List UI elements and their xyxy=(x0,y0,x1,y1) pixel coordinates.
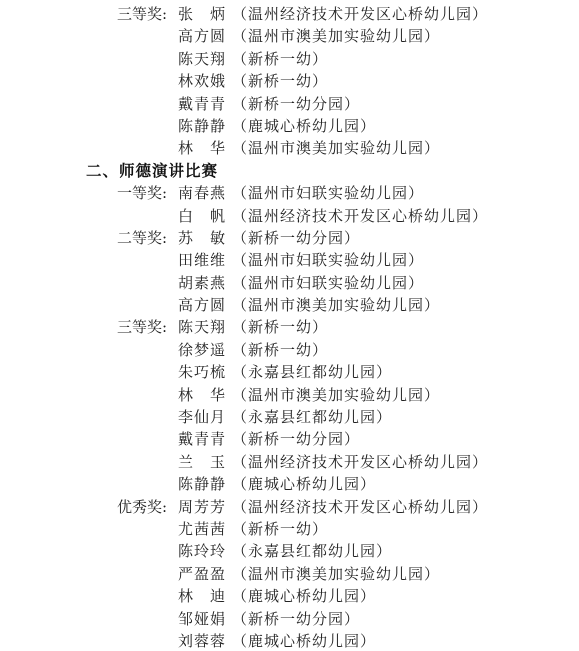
winner-name: 朱巧梳 xyxy=(178,361,226,383)
winner-name: 陈天翔 xyxy=(178,316,226,338)
award-level-label: 优秀奖: xyxy=(117,496,167,518)
award-entry: 胡素燕 （温州市妇联实验幼儿园） xyxy=(0,272,579,294)
winner-organization: （鹿城心桥幼儿园） xyxy=(232,115,376,137)
award-entry: 朱巧梳 （永嘉县红都幼儿园） xyxy=(0,361,579,383)
winner-organization: （新桥一幼分园） xyxy=(232,93,360,115)
winner-organization: （温州经济技术开发区心桥幼儿园） xyxy=(232,3,488,25)
award-entry: 田维维 （温州市妇联实验幼儿园） xyxy=(0,249,579,271)
award-entry: 陈玲玲 （永嘉县红都幼儿园） xyxy=(0,540,579,562)
winner-organization: （温州经济技术开发区心桥幼儿园） xyxy=(232,496,488,518)
award-entry: 李仙月 （永嘉县红都幼儿园） xyxy=(0,406,579,428)
winner-organization: （新桥一幼） xyxy=(232,70,328,92)
winner-organization: （新桥一幼） xyxy=(232,518,328,540)
award-level-label: 二等奖: xyxy=(117,227,167,249)
winner-name: 严盈盈 xyxy=(178,563,226,585)
winner-organization: （温州市澳美加实验幼儿园） xyxy=(232,384,440,406)
winner-name: 戴青青 xyxy=(178,428,226,450)
winner-organization: （永嘉县红都幼儿园） xyxy=(232,540,392,562)
winner-name: 尤茜茜 xyxy=(178,518,226,540)
award-entry: 三等奖: 陈天翔 （新桥一幼） xyxy=(0,316,579,338)
award-entry: 陈静静 （鹿城心桥幼儿园） xyxy=(0,115,579,137)
award-entry: 陈静静 （鹿城心桥幼儿园） xyxy=(0,473,579,495)
award-list-document: 三等奖: 张 炳 （温州经济技术开发区心桥幼儿园） 高方圆 （温州市澳美加实验幼… xyxy=(0,3,579,651)
winner-name: 林 华 xyxy=(178,137,226,159)
winner-organization: （鹿城心桥幼儿园） xyxy=(232,630,376,651)
award-entry: 高方圆 （温州市澳美加实验幼儿园） xyxy=(0,294,579,316)
winner-organization: （温州经济技术开发区心桥幼儿园） xyxy=(232,205,488,227)
winner-organization: （温州市澳美加实验幼儿园） xyxy=(232,563,440,585)
winner-name: 戴青青 xyxy=(178,93,226,115)
winner-organization: （永嘉县红都幼儿园） xyxy=(232,361,392,383)
award-entry: 白 帆 （温州经济技术开发区心桥幼儿园） xyxy=(0,205,579,227)
award-level-label: 三等奖: xyxy=(117,3,167,25)
winner-organization: （鹿城心桥幼儿园） xyxy=(232,473,376,495)
winner-name: 周芳芳 xyxy=(178,496,226,518)
winner-organization: （永嘉县红都幼儿园） xyxy=(232,406,392,428)
award-entry: 尤茜茜 （新桥一幼） xyxy=(0,518,579,540)
award-level-label: 三等奖: xyxy=(117,316,167,338)
winner-organization: （温州市澳美加实验幼儿园） xyxy=(232,137,440,159)
winner-name: 苏 敏 xyxy=(178,227,226,249)
winner-name: 胡素燕 xyxy=(178,272,226,294)
winner-name: 张 炳 xyxy=(178,3,226,25)
winner-organization: （温州经济技术开发区心桥幼儿园） xyxy=(232,451,488,473)
award-entry: 戴青青 （新桥一幼分园） xyxy=(0,428,579,450)
award-entry: 徐梦遥 （新桥一幼） xyxy=(0,339,579,361)
winner-name: 林 华 xyxy=(178,384,226,406)
winner-name: 南春燕 xyxy=(178,182,226,204)
winner-organization: （鹿城心桥幼儿园） xyxy=(232,585,376,607)
winner-name: 林欢娥 xyxy=(178,70,226,92)
award-entry: 刘蓉蓉 （鹿城心桥幼儿园） xyxy=(0,630,579,651)
award-entry: 兰 玉 （温州经济技术开发区心桥幼儿园） xyxy=(0,451,579,473)
award-entry: 林欢娥 （新桥一幼） xyxy=(0,70,579,92)
winner-organization: （温州市澳美加实验幼儿园） xyxy=(232,25,440,47)
award-entry: 一等奖: 南春燕 （温州市妇联实验幼儿园） xyxy=(0,182,579,204)
winner-organization: （温州市妇联实验幼儿园） xyxy=(232,249,424,271)
winner-organization: （新桥一幼分园） xyxy=(232,428,360,450)
winner-name: 陈静静 xyxy=(178,115,226,137)
winner-name: 陈天翔 xyxy=(178,48,226,70)
winner-name: 陈玲玲 xyxy=(178,540,226,562)
winner-name: 兰 玉 xyxy=(178,451,226,473)
section-title: 二、师德演讲比赛 xyxy=(86,160,218,182)
award-entry: 陈天翔 （新桥一幼） xyxy=(0,48,579,70)
winner-name: 林 迪 xyxy=(178,585,226,607)
winner-organization: （新桥一幼分园） xyxy=(232,227,360,249)
award-entry: 邹娅娟 （新桥一幼分园） xyxy=(0,608,579,630)
award-entry: 二等奖: 苏 敏 （新桥一幼分园） xyxy=(0,227,579,249)
section-heading-row: 二、师德演讲比赛 xyxy=(0,160,579,182)
winner-organization: （新桥一幼） xyxy=(232,339,328,361)
winner-name: 陈静静 xyxy=(178,473,226,495)
winner-organization: （温州市妇联实验幼儿园） xyxy=(232,272,424,294)
winner-organization: （温州市澳美加实验幼儿园） xyxy=(232,294,440,316)
award-entry: 戴青青 （新桥一幼分园） xyxy=(0,93,579,115)
award-entry: 林 迪 （鹿城心桥幼儿园） xyxy=(0,585,579,607)
award-entry: 优秀奖: 周芳芳 （温州经济技术开发区心桥幼儿园） xyxy=(0,496,579,518)
winner-organization: （新桥一幼分园） xyxy=(232,608,360,630)
winner-name: 田维维 xyxy=(178,249,226,271)
winner-name: 徐梦遥 xyxy=(178,339,226,361)
award-entry: 严盈盈 （温州市澳美加实验幼儿园） xyxy=(0,563,579,585)
winner-name: 邹娅娟 xyxy=(178,608,226,630)
winner-name: 高方圆 xyxy=(178,25,226,47)
winner-organization: （温州市妇联实验幼儿园） xyxy=(232,182,424,204)
award-level-label: 一等奖: xyxy=(117,182,167,204)
winner-name: 高方圆 xyxy=(178,294,226,316)
winner-organization: （新桥一幼） xyxy=(232,48,328,70)
award-entry: 林 华 （温州市澳美加实验幼儿园） xyxy=(0,384,579,406)
winner-organization: （新桥一幼） xyxy=(232,316,328,338)
winner-name: 刘蓉蓉 xyxy=(178,630,226,651)
winner-name: 李仙月 xyxy=(178,406,226,428)
winner-name: 白 帆 xyxy=(178,205,226,227)
award-entry: 林 华 （温州市澳美加实验幼儿园） xyxy=(0,137,579,159)
award-entry: 高方圆 （温州市澳美加实验幼儿园） xyxy=(0,25,579,47)
award-entry: 三等奖: 张 炳 （温州经济技术开发区心桥幼儿园） xyxy=(0,3,579,25)
